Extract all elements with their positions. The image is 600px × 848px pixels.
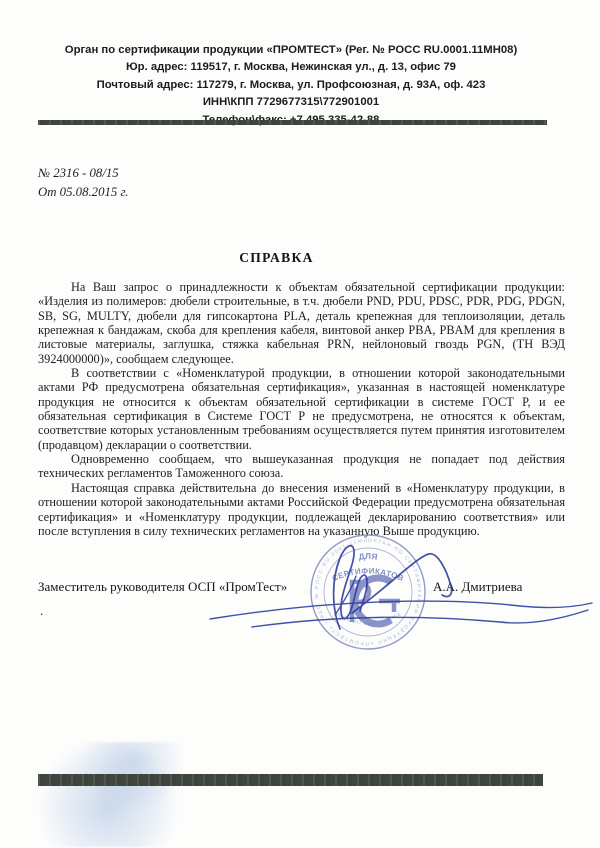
stamp-outer-ring xyxy=(311,535,425,649)
org-legal-address: Юр. адрес: 119517, г. Москва, Нежинская … xyxy=(0,59,582,76)
paragraph-nomenclature: В соответствии с «Номенклатурой продукци… xyxy=(38,366,565,452)
paragraph-products: На Ваш запрос о принадлежности к объекта… xyxy=(38,280,565,366)
stray-dot: . xyxy=(40,603,43,619)
certification-stamp: ОРГАН ПО СЕРТИФИКАЦИИ ПРОДУКЦИИ «ПРОМТЕС… xyxy=(300,525,440,655)
stamp-ring-text: ОРГАН ПО СЕРТИФИКАЦИИ ПРОДУКЦИИ «ПРОМТЕС… xyxy=(300,525,422,646)
stamp-reg-number: РОСС RU.0001.11МН08 xyxy=(334,611,403,627)
paragraph-customs-union: Одновременно сообщаем, что вышеуказанная… xyxy=(38,452,565,481)
document-body: На Ваш запрос о принадлежности к объекта… xyxy=(38,280,565,538)
rst-logo-icon xyxy=(352,578,400,624)
signatory-name: А.А. Дмитриева xyxy=(433,579,522,595)
document-title: СПРАВКА xyxy=(38,250,515,266)
document-page: Орган по сертификации продукции «ПРОМТЕС… xyxy=(0,0,600,848)
signature-flourish-lower xyxy=(252,610,588,627)
reference-block: № 2316 - 08/15 От 05.08.2015 г. xyxy=(38,164,129,201)
org-name-line: Орган по сертификации продукции «ПРОМТЕС… xyxy=(0,42,582,59)
org-inn-kpp: ИНН\КПП 7729677315\772901001 xyxy=(0,94,582,111)
stamp-word-certificates: СЕРТИФИКАТОВ xyxy=(331,566,405,583)
reference-number: № 2316 - 08/15 xyxy=(38,164,129,183)
reference-date: От 05.08.2015 г. xyxy=(38,183,129,202)
stamp-inner-ring xyxy=(324,548,412,636)
paragraph-validity: Настоящая справка действительна до внесе… xyxy=(38,481,565,538)
signature-flourish-upper xyxy=(210,601,592,619)
signature-scrawl xyxy=(334,546,368,629)
stamp-word-dlya: ДЛЯ xyxy=(358,551,378,562)
org-header: Орган по сертификации продукции «ПРОМТЕС… xyxy=(0,42,582,129)
top-divider-bar xyxy=(38,120,547,125)
bottom-divider-bar xyxy=(38,774,543,786)
org-postal-address: Почтовый адрес: 117279, г. Москва, ул. П… xyxy=(0,77,582,94)
signature-scrawl-2 xyxy=(335,576,356,615)
ink-smudge xyxy=(25,742,185,847)
signatory-position: Заместитель руководителя ОСП «ПромТест» xyxy=(38,579,287,595)
